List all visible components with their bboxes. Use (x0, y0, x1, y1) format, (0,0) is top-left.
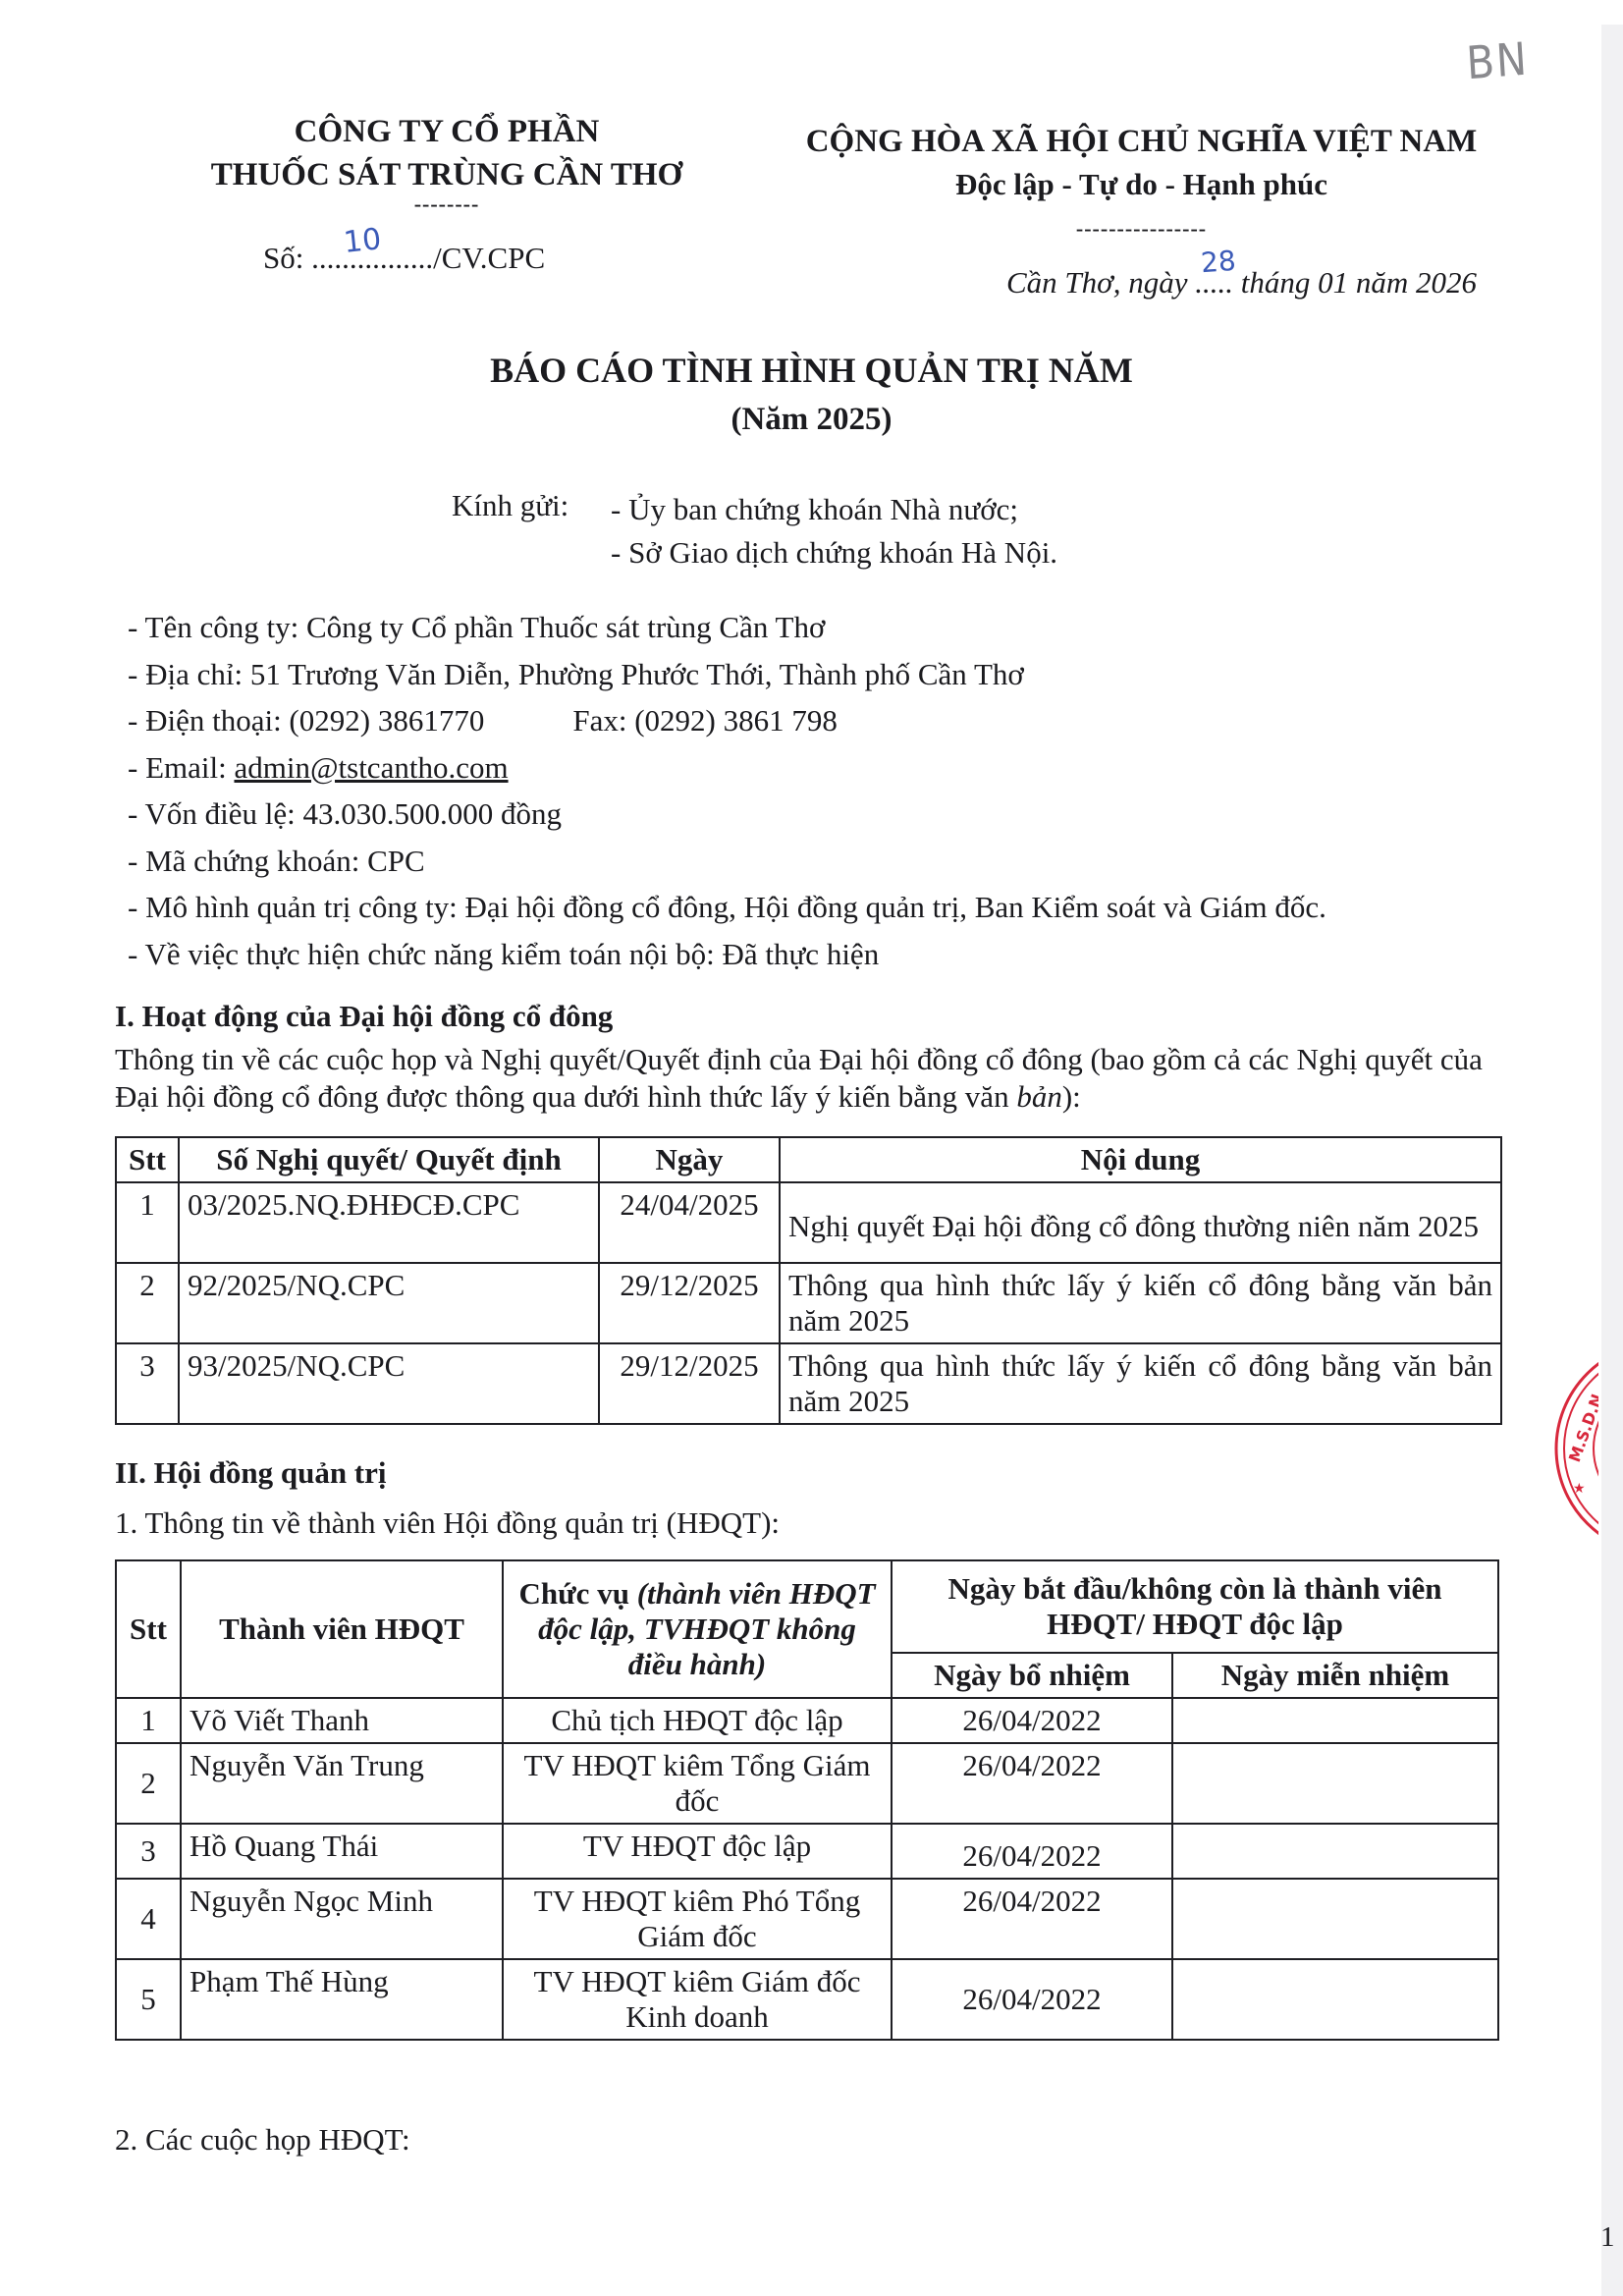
col-header-dates: Ngày bắt đầu/không còn là thành viên HĐQ… (892, 1560, 1498, 1653)
table-row: 4 Nguyễn Ngọc Minh TV HĐQT kiêm Phó Tổng… (116, 1879, 1498, 1959)
table-row: 1 03/2025.NQ.ĐHĐCĐ.CPC 24/04/2025 Nghị q… (116, 1182, 1501, 1263)
cell-appointed: 26/04/2022 (892, 1879, 1172, 1959)
seal-icon: M.S.D.N. ★ (1549, 1336, 1598, 1561)
recipient-item: - Ủy ban chứng khoán Nhà nước; (611, 488, 1057, 531)
cell-date: 29/12/2025 (599, 1343, 780, 1424)
shareholder-resolutions-table: Stt Số Nghị quyết/ Quyết định Ngày Nội d… (115, 1136, 1502, 1425)
table-row: 3 Hồ Quang Thái TV HĐQT độc lập 26/04/20… (116, 1824, 1498, 1879)
document-number: Số: ................/CV.CPC (263, 241, 545, 276)
report-title: BÁO CÁO TÌNH HÌNH QUẢN TRỊ NĂM (Năm 2025… (0, 346, 1623, 444)
info-capital: - Vốn điều lệ: 43.030.500.000 đồng (128, 791, 1326, 838)
recipient-item: - Sở Giao dịch chứng khoán Hà Nội. (611, 531, 1057, 574)
national-title: CỘNG HÒA XÃ HỘI CHỦ NGHĨA VIỆT NAM (761, 120, 1522, 163)
cell-content: Nghị quyết Đại hội đồng cổ đông thường n… (780, 1182, 1501, 1263)
section-1-title: I. Hoạt động của Đại hội đồng cổ đông (115, 999, 613, 1034)
cell-dismissed (1172, 1698, 1498, 1743)
report-title-main: BÁO CÁO TÌNH HÌNH QUẢN TRỊ NĂM (0, 346, 1623, 395)
cell-dismissed (1172, 1959, 1498, 2040)
info-governance-model: - Mô hình quản trị công ty: Đại hội đồng… (128, 884, 1326, 931)
col-header-role: Chức vụ (thành viên HĐQT độc lập, TVHĐQT… (503, 1560, 892, 1698)
col-header-stt: Stt (116, 1137, 179, 1182)
cell-member-name: Phạm Thế Hùng (181, 1959, 503, 2040)
cell-stt: 3 (116, 1824, 181, 1879)
cell-content: Thông qua hình thức lấy ý kiến cổ đông b… (780, 1343, 1501, 1424)
cell-dismissed (1172, 1743, 1498, 1824)
col-header-resolution-no: Số Nghị quyết/ Quyết định (179, 1137, 599, 1182)
cell-role: TV HĐQT kiêm Giám đốc Kinh doanh (503, 1959, 892, 2040)
cell-member-name: Hồ Quang Thái (181, 1824, 503, 1879)
table-row: 2 92/2025/NQ.CPC 29/12/2025 Thông qua hì… (116, 1263, 1501, 1343)
recipients-list: - Ủy ban chứng khoán Nhà nước; - Sở Giao… (611, 488, 1057, 574)
cell-member-name: Nguyễn Ngọc Minh (181, 1879, 503, 1959)
header-divider: -------- (172, 196, 722, 212)
section-2-sub2: 2. Các cuộc họp HĐQT: (115, 2121, 410, 2159)
table-row: 1 Võ Viết Thanh Chủ tịch HĐQT độc lập 26… (116, 1698, 1498, 1743)
date-prefix: Cần Thơ, ngày (1006, 265, 1195, 300)
table-row: 3 93/2025/NQ.CPC 29/12/2025 Thông qua hì… (116, 1343, 1501, 1424)
recipients-label: Kính gửi: (452, 488, 568, 523)
section-2-title: II. Hội đồng quản trị (115, 1455, 387, 1491)
cell-appointed: 26/04/2022 (892, 1824, 1172, 1879)
cell-date: 24/04/2025 (599, 1182, 780, 1263)
section-1-intro: Thông tin về các cuộc họp và Nghị quyết/… (115, 1041, 1519, 1116)
cell-stt: 3 (116, 1343, 179, 1424)
section-2-sub1: 1. Thông tin về thành viên Hội đồng quản… (115, 1504, 780, 1542)
section-1-intro-end: ): (1062, 1079, 1081, 1114)
cell-dismissed (1172, 1824, 1498, 1879)
company-name-line1: CÔNG TY CỔ PHẦN (172, 110, 722, 153)
info-phone: - Điện thoại: (0292) 3861770 (128, 703, 484, 738)
cell-member-name: Nguyễn Văn Trung (181, 1743, 503, 1824)
svg-text:★: ★ (1573, 1481, 1586, 1497)
cell-role: TV HĐQT kiêm Phó Tổng Giám đốc (503, 1879, 892, 1959)
cell-role: TV HĐQT độc lập (503, 1824, 892, 1879)
col-header-appointed: Ngày bổ nhiệm (892, 1653, 1172, 1698)
cell-resolution-no: 92/2025/NQ.CPC (179, 1263, 599, 1343)
info-internal-audit: - Về việc thực hiện chức năng kiểm toán … (128, 931, 1326, 978)
document-date: Cần Thơ, ngày ..... tháng 01 năm 2026 (1006, 265, 1477, 301)
handwritten-corner-mark: BN (1465, 32, 1530, 90)
cell-stt: 5 (116, 1959, 181, 2040)
cell-stt: 4 (116, 1879, 181, 1959)
info-fax: Fax: (0292) 3861 798 (572, 697, 838, 744)
table-row: 5 Phạm Thế Hùng TV HĐQT kiêm Giám đốc Ki… (116, 1959, 1498, 2040)
info-email-row: - Email: admin@tstcantho.com (128, 744, 1326, 792)
info-ticker: - Mã chứng khoán: CPC (128, 838, 1326, 885)
cell-resolution-no: 03/2025.NQ.ĐHĐCĐ.CPC (179, 1182, 599, 1263)
company-seal-stamp: M.S.D.N. ★ (1549, 1336, 1598, 1561)
page-number: 1 (1600, 2221, 1615, 2254)
email-link[interactable]: admin@tstcantho.com (234, 750, 508, 785)
cell-appointed: 26/04/2022 (892, 1698, 1172, 1743)
doc-number-suffix: /CV.CPC (433, 241, 545, 275)
cell-stt: 2 (116, 1263, 179, 1343)
col-header-stt: Stt (116, 1560, 181, 1698)
cell-appointed: 26/04/2022 (892, 1959, 1172, 2040)
board-members-table: Stt Thành viên HĐQT Chức vụ (thành viên … (115, 1559, 1499, 2041)
cell-dismissed (1172, 1879, 1498, 1959)
info-email-label: - Email: (128, 750, 234, 785)
handwritten-day: 28 (1200, 245, 1237, 279)
company-info: - Tên công ty: Công ty Cổ phần Thuốc sát… (128, 604, 1326, 977)
col-header-content: Nội dung (780, 1137, 1501, 1182)
cell-role: TV HĐQT kiêm Tổng Giám đốc (503, 1743, 892, 1824)
info-phone-fax: - Điện thoại: (0292) 3861770Fax: (0292) … (128, 697, 1326, 744)
cell-stt: 1 (116, 1698, 181, 1743)
cell-stt: 2 (116, 1743, 181, 1824)
national-motto: Độc lập - Tự do - Hạnh phúc (761, 163, 1522, 206)
cell-role: Chủ tịch HĐQT độc lập (503, 1698, 892, 1743)
col-header-member: Thành viên HĐQT (181, 1560, 503, 1698)
cell-member-name: Võ Viết Thanh (181, 1698, 503, 1743)
table-row: 2 Nguyễn Văn Trung TV HĐQT kiêm Tổng Giá… (116, 1743, 1498, 1824)
cell-appointed: 26/04/2022 (892, 1743, 1172, 1824)
national-header: CỘNG HÒA XÃ HỘI CHỦ NGHĨA VIỆT NAM Độc l… (761, 120, 1522, 240)
section-1-intro-text: Thông tin về các cuộc họp và Nghị quyết/… (115, 1042, 1483, 1114)
handwritten-doc-number: 10 (342, 222, 383, 260)
cell-content: Thông qua hình thức lấy ý kiến cổ đông b… (780, 1263, 1501, 1343)
col-header-date: Ngày (599, 1137, 780, 1182)
motto-divider: ---------------- (761, 218, 1522, 240)
company-header: CÔNG TY CỔ PHẦN THUỐC SÁT TRÙNG CẦN THƠ … (172, 110, 722, 212)
col-header-dismissed: Ngày miễn nhiệm (1172, 1653, 1498, 1698)
company-name-line2: THUỐC SÁT TRÙNG CẦN THƠ (172, 153, 722, 196)
cell-resolution-no: 93/2025/NQ.CPC (179, 1343, 599, 1424)
doc-number-label: Số: (263, 241, 311, 275)
info-company-name: - Tên công ty: Công ty Cổ phần Thuốc sát… (128, 604, 1326, 651)
date-suffix: tháng 01 năm 2026 (1233, 265, 1477, 300)
cell-date: 29/12/2025 (599, 1263, 780, 1343)
report-title-year: (Năm 2025) (0, 395, 1623, 444)
info-address: - Địa chỉ: 51 Trương Văn Diễn, Phường Ph… (128, 651, 1326, 698)
cell-stt: 1 (116, 1182, 179, 1263)
role-header-bold: Chức vụ (518, 1576, 636, 1611)
section-1-intro-italic: bản (1016, 1079, 1062, 1114)
